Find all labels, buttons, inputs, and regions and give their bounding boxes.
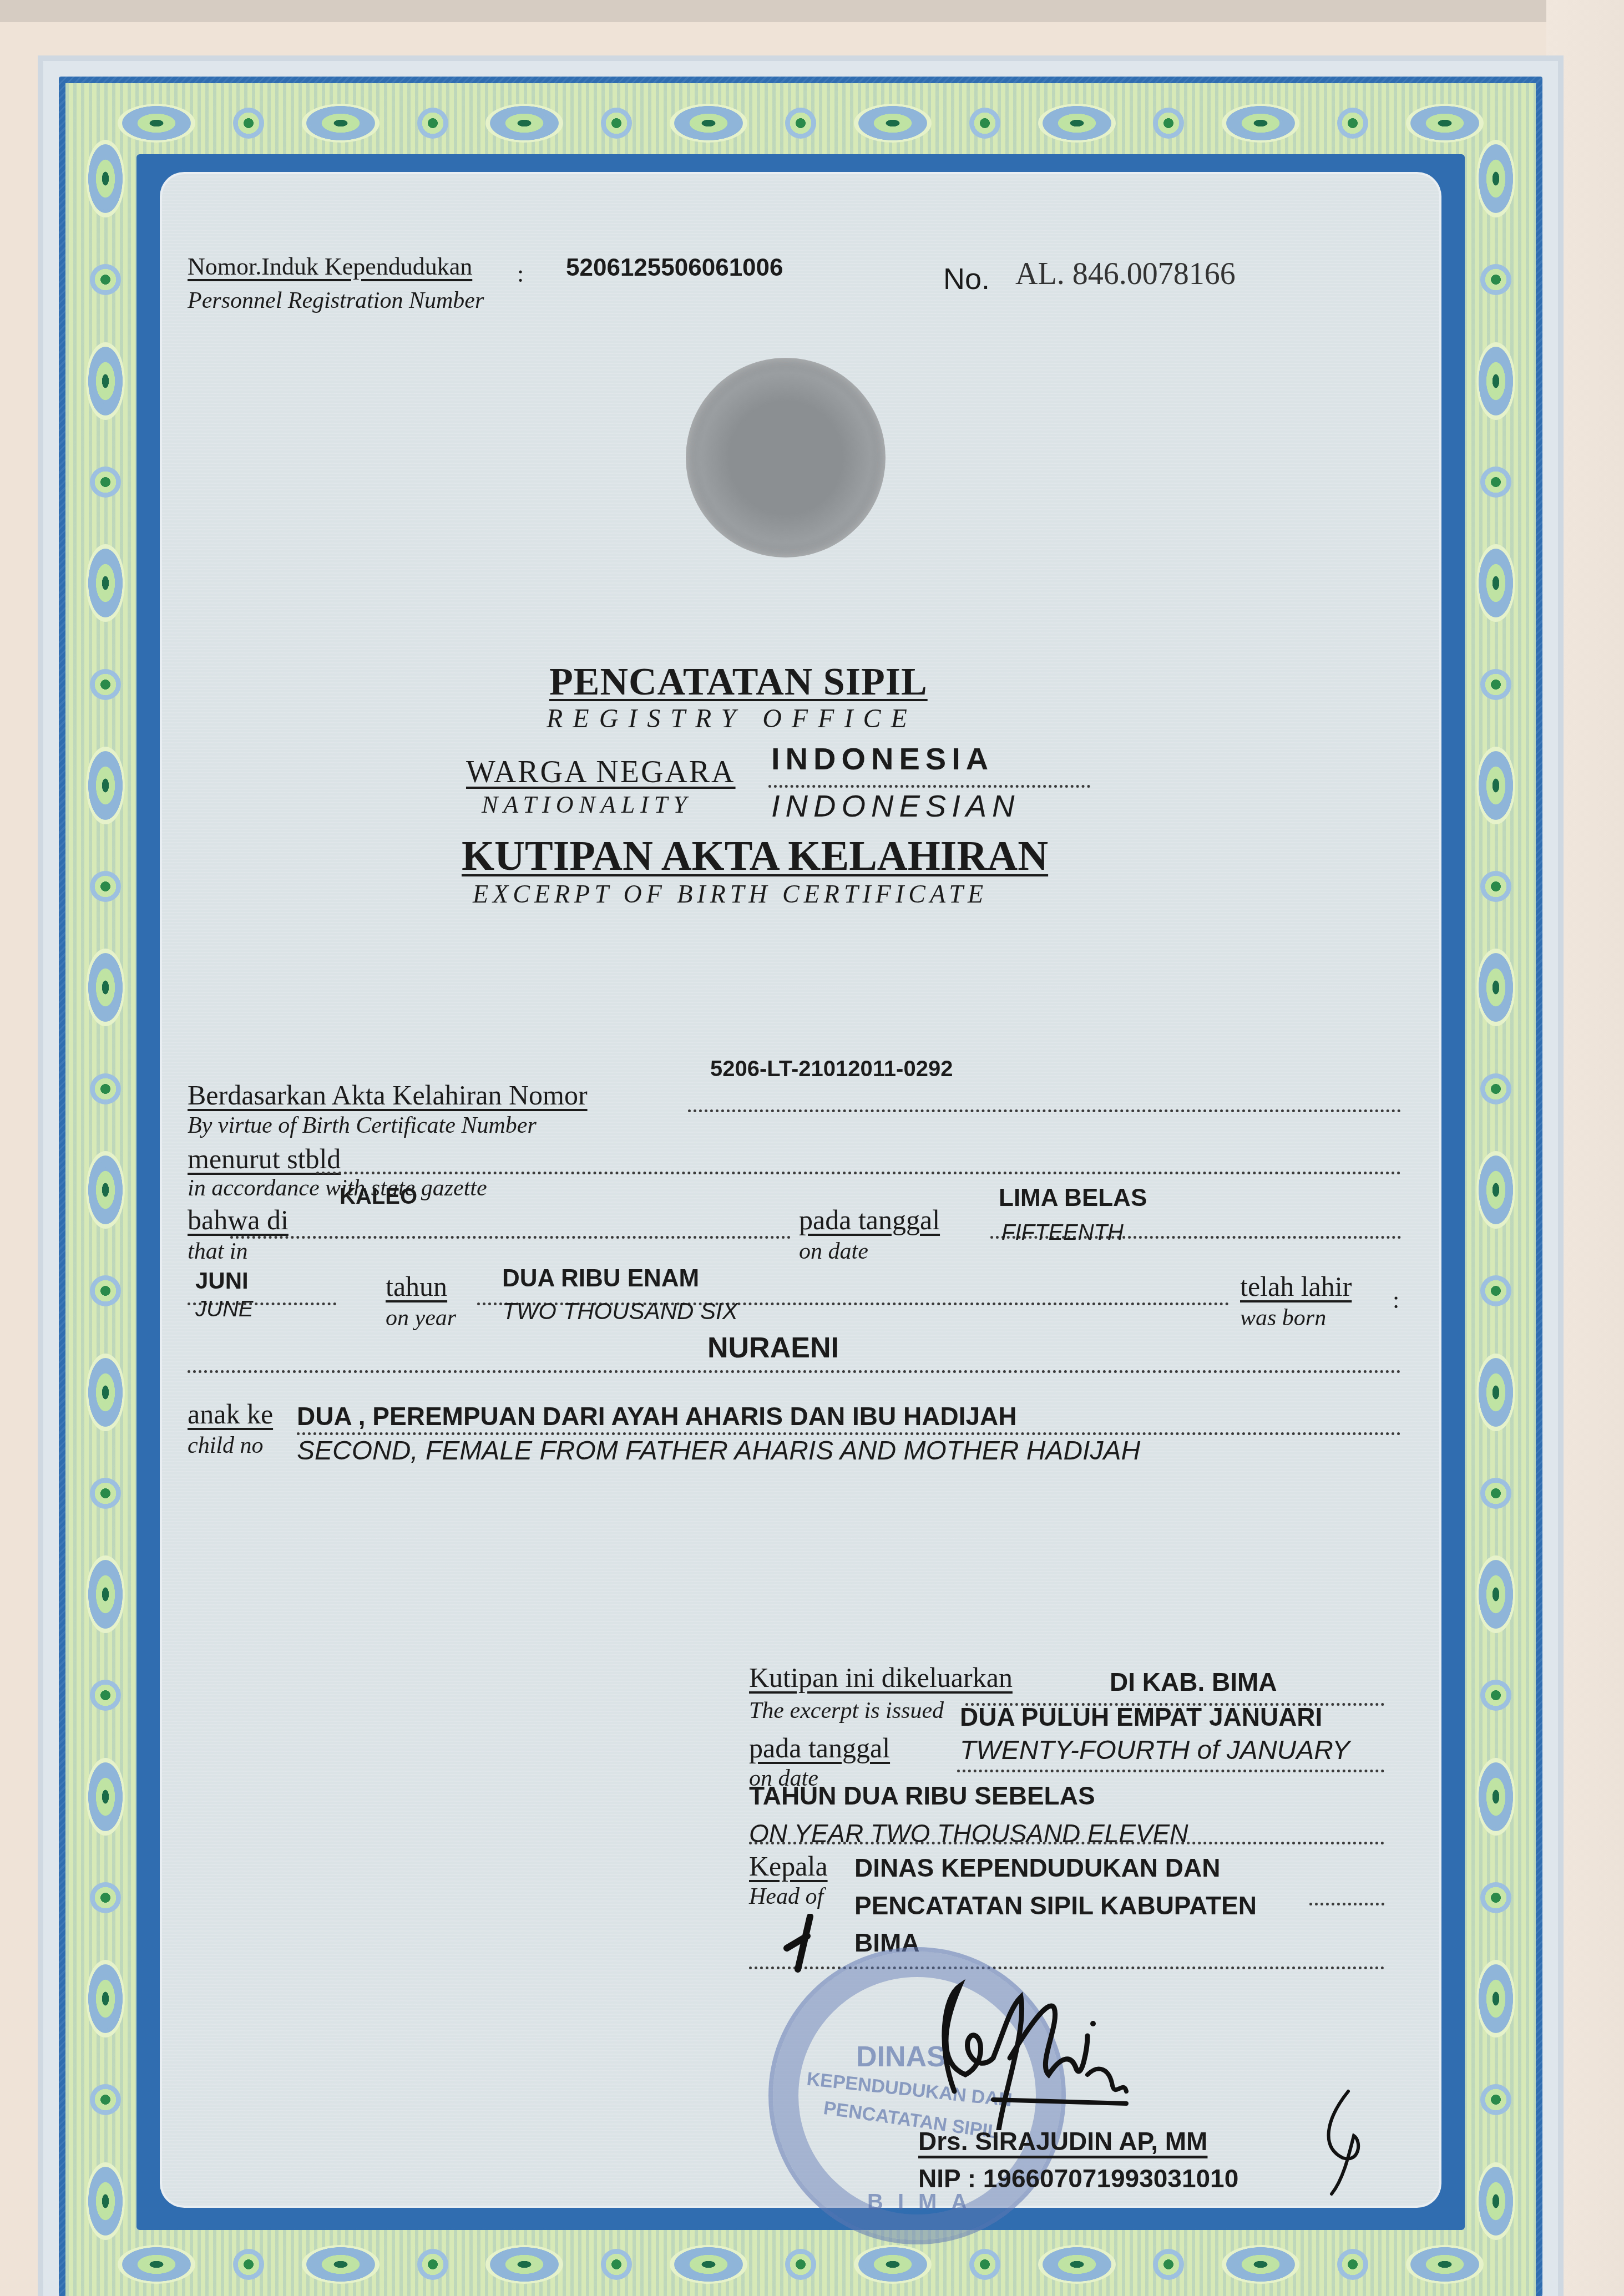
- ornament-icon: [1476, 1758, 1515, 1836]
- ornament-icon: [969, 108, 1000, 139]
- child-name: NURAENI: [707, 1331, 839, 1365]
- issued-year-dotted-line: [749, 1842, 1384, 1844]
- serial-number: AL. 846.0078166: [1015, 256, 1236, 292]
- born-colon: :: [1393, 1286, 1399, 1314]
- official-nip: NIP : 196607071993031010: [918, 2163, 1238, 2193]
- ornament-icon: [86, 1151, 125, 1229]
- ornament-icon: [854, 104, 932, 143]
- issued-date-dotted-line: [957, 1770, 1384, 1772]
- ornament-icon: [1476, 342, 1515, 420]
- birth-year-value: DUA RIBU ENAM: [502, 1265, 699, 1293]
- child-order-value-en: SECOND, FEMALE FROM FATHER AHARIS AND MO…: [297, 1436, 1140, 1466]
- ornament-icon: [854, 2245, 932, 2284]
- ornament-icon: [90, 2084, 121, 2115]
- ornament-icon: [90, 1478, 121, 1509]
- head-office-dotted-line: [1309, 1903, 1384, 1905]
- ornament-icon: [969, 2249, 1000, 2280]
- ornament-icon: [86, 1758, 125, 1836]
- background-paper-edge: [1546, 0, 1624, 2296]
- head-office-line-2: PENCATATAN SIPIL KABUPATEN: [854, 1890, 1257, 1920]
- birth-day-value: LIMA BELAS: [999, 1184, 1147, 1212]
- ornament-icon: [1480, 1680, 1511, 1711]
- issued-place: DI KAB. BIMA: [1110, 1667, 1277, 1697]
- ornament-icon: [601, 108, 632, 139]
- office-title-en: REGISTRY OFFICE: [547, 703, 917, 734]
- ornament-icon: [485, 104, 563, 143]
- serial-prefix: No.: [943, 262, 990, 296]
- issued-label-en: The excerpt is issued: [749, 1697, 944, 1724]
- ornament-icon: [1480, 264, 1511, 295]
- stbld-dotted-line: [316, 1172, 1401, 1174]
- issued-year: TAHUN DUA RIBU SEBELAS: [749, 1781, 1095, 1811]
- place-label-en: that in: [188, 1238, 248, 1265]
- ornament-icon: [1222, 104, 1299, 143]
- ornament-icon: [90, 871, 121, 902]
- child-order-dotted-line: [297, 1432, 1401, 1435]
- ornament-icon: [1480, 1478, 1511, 1509]
- ornament-icon: [1476, 1354, 1515, 1431]
- name-dotted-line: [188, 1370, 1401, 1373]
- birth-month-value: JUNI: [195, 1268, 249, 1294]
- birth-place-value: KALEO: [340, 1184, 417, 1209]
- background-surface: [0, 0, 1624, 22]
- child-order-value: DUA , PEREMPUAN DARI AYAH AHARIS DAN IBU…: [297, 1401, 1017, 1431]
- ornament-icon: [670, 2245, 747, 2284]
- birth-day-value-en: FIFTEENTH: [1001, 1220, 1124, 1245]
- child-order-label: anak ke: [188, 1398, 273, 1430]
- cert-number-label: Berdasarkan Akta Kelahiran Nomor: [188, 1079, 588, 1111]
- ornament-icon: [1480, 669, 1511, 700]
- date-label: pada tanggal: [799, 1204, 940, 1236]
- stbld-label: menurut stbld: [188, 1143, 341, 1175]
- ornament-icon: [86, 342, 125, 420]
- nationality-value-en: INDONESIAN: [771, 788, 1020, 824]
- ornament-icon: [785, 108, 816, 139]
- cert-number-dotted-line: [688, 1109, 1401, 1112]
- nationality-label-en: NATIONALITY: [482, 790, 692, 819]
- cert-number-label-en: By virtue of Birth Certificate Number: [188, 1112, 537, 1139]
- nationality-label: WARGA NEGARA: [466, 754, 736, 790]
- ornament-icon: [233, 2249, 264, 2280]
- born-label-en: was born: [1240, 1305, 1326, 1331]
- certificate-title-en: EXCERPT OF BIRTH CERTIFICATE: [473, 879, 988, 909]
- ornament-icon: [90, 264, 121, 295]
- nik-label: Nomor.Induk Kependudukan: [188, 252, 472, 281]
- ornament-icon: [1476, 747, 1515, 824]
- ornament-icon: [86, 2162, 125, 2240]
- ornament-icon: [1480, 2084, 1511, 2115]
- year-label: tahun: [386, 1270, 447, 1302]
- ornament-icon: [1476, 544, 1515, 622]
- ornament-icon: [90, 669, 121, 700]
- ornament-icon: [1476, 1555, 1515, 1633]
- ornament-icon: [302, 2245, 380, 2284]
- place-dotted-line: [230, 1236, 791, 1239]
- ornament-icon: [1476, 1151, 1515, 1229]
- ornament-icon: [90, 467, 121, 498]
- ornament-icon: [670, 104, 747, 143]
- issued-label: Kutipan ini dikeluarkan: [749, 1661, 1013, 1694]
- stbld-label-en: in accordance with state gazette: [188, 1175, 487, 1202]
- ornament-icon: [1038, 104, 1116, 143]
- ornament-icon: [1480, 1275, 1511, 1306]
- ornament-icon: [1038, 2245, 1116, 2284]
- stamp-ring-bottom: BIMA: [867, 2190, 982, 2215]
- issued-date-label: pada tanggal: [749, 1732, 890, 1764]
- ornament-icon: [233, 108, 264, 139]
- date-label-en: on date: [799, 1238, 868, 1265]
- head-label: Kepala: [749, 1850, 828, 1882]
- ornament-icon: [417, 108, 448, 139]
- check-mark-icon: [782, 1914, 827, 1975]
- ornament-icon: [86, 747, 125, 824]
- border-ornaments-left: [78, 116, 133, 2263]
- ornament-icon: [86, 1354, 125, 1431]
- ornament-icon: [90, 1073, 121, 1104]
- nik-label-en: Personnel Registration Number: [188, 287, 484, 314]
- born-label: telah lahir: [1240, 1270, 1352, 1302]
- ornament-icon: [86, 544, 125, 622]
- ornament-icon: [302, 104, 380, 143]
- place-label: bahwa di: [188, 1204, 289, 1236]
- signature-icon: [921, 1964, 1210, 2130]
- ornament-icon: [86, 1555, 125, 1633]
- border-ornaments-right: [1468, 116, 1524, 2263]
- official-name: Drs. SIRAJUDIN AP, MM: [918, 2126, 1207, 2156]
- nationality-value: INDONESIA: [771, 741, 994, 777]
- year-label-en: on year: [386, 1305, 456, 1331]
- office-title: PENCATATAN SIPIL: [549, 660, 928, 704]
- certificate-title: KUTIPAN AKTA KELAHIRAN: [462, 832, 1048, 880]
- ornament-icon: [1476, 1960, 1515, 2037]
- ornament-icon: [90, 1275, 121, 1306]
- ornament-icon: [1480, 1882, 1511, 1913]
- ornament-icon: [86, 949, 125, 1026]
- ornament-icon: [601, 2249, 632, 2280]
- ornament-icon: [785, 2249, 816, 2280]
- birth-cert-number: 5206-LT-21012011-0292: [710, 1057, 953, 1082]
- issued-date-en: TWENTY-FOURTH of JANUARY: [960, 1735, 1350, 1766]
- child-order-label-en: child no: [188, 1432, 263, 1459]
- initial-mark-icon: [1309, 2086, 1376, 2197]
- ornament-icon: [1476, 140, 1515, 217]
- ornament-icon: [90, 1882, 121, 1913]
- border-ornaments-top: [99, 95, 1502, 151]
- ornament-icon: [86, 1960, 125, 2037]
- ornament-icon: [1480, 1073, 1511, 1104]
- ornament-icon: [485, 2245, 563, 2284]
- embossed-seal-icon: [686, 358, 886, 557]
- ornament-icon: [1480, 467, 1511, 498]
- ornament-icon: [86, 140, 125, 217]
- border-ornaments-bottom: [99, 2237, 1502, 2292]
- head-label-en: Head of: [749, 1883, 823, 1910]
- ornament-icon: [90, 1680, 121, 1711]
- ornament-icon: [1153, 2249, 1184, 2280]
- head-office-line-1: DINAS KEPENDUDUKAN DAN: [854, 1853, 1220, 1883]
- ornament-icon: [1337, 108, 1368, 139]
- ornament-icon: [1480, 871, 1511, 902]
- ornament-icon: [1153, 108, 1184, 139]
- nik-colon: :: [517, 260, 524, 288]
- ornament-icon: [1476, 2162, 1515, 2240]
- ornament-icon: [1222, 2245, 1299, 2284]
- birth-year-value-en: TWO THOUSAND SIX: [502, 1298, 738, 1325]
- nik-value: 5206125506061006: [566, 254, 783, 282]
- ornament-icon: [1476, 949, 1515, 1026]
- birth-month-value-en: JUNE: [195, 1297, 253, 1322]
- issued-date: DUA PULUH EMPAT JANUARI: [960, 1702, 1322, 1732]
- ornament-icon: [1337, 2249, 1368, 2280]
- ornament-icon: [417, 2249, 448, 2280]
